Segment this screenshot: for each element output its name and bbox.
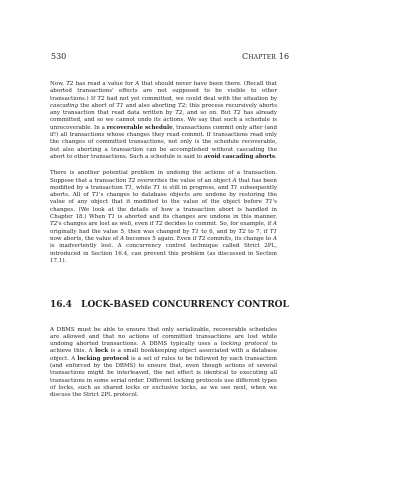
section-title: LOCK-BASED CONCURRENCY CONTROL [81,300,289,310]
paragraph: Now, T2 has read a value for A that shou… [50,81,277,161]
body-text: Now, T2 has read a value for A that shou… [50,81,277,265]
section-number: 16.4 [50,300,78,310]
chapter-title: Chapter 16 [242,52,289,61]
page-header: 530 Chapter 16 [50,48,278,62]
paragraph: There is another potential problem in un… [50,170,277,265]
page-number: 530 [51,52,66,61]
section-heading: 16.4 LOCK-BASED CONCURRENCY CONTROL [50,300,289,310]
paragraph: A DBMS must be able to ensure that only … [50,327,277,400]
section-body-text: A DBMS must be able to ensure that only … [50,321,277,405]
